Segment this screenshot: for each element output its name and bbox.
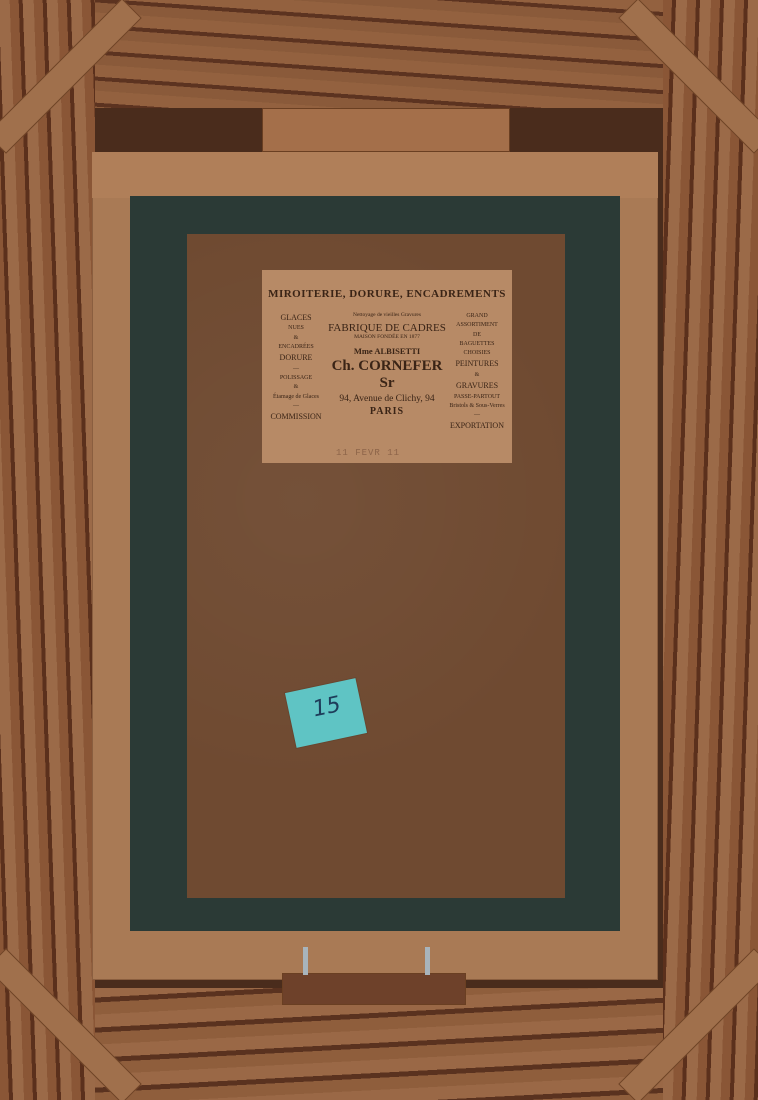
date-stamp: 11 FEVR 11	[336, 448, 400, 458]
label-center-column: Nettoyage de vieilles Gravures FABRIQUE …	[326, 312, 448, 417]
frame-back-photo: MIROITERIE, DORURE, ENCADREMENTS GLACES …	[0, 0, 758, 1100]
label-right-column: GRAND ASSORTIMENT DE BAGUETTES CHOISIES …	[446, 312, 508, 433]
label-left-column: GLACES NUES & ENCADRÉES DORURE — POLISSA…	[266, 312, 326, 424]
bottom-wood-batten	[282, 973, 466, 1005]
top-wood-batten	[262, 108, 510, 152]
cardboard-top-strip	[92, 152, 658, 198]
frame-left-rail	[0, 0, 95, 1100]
framer-label: MIROITERIE, DORURE, ENCADREMENTS GLACES …	[262, 270, 512, 463]
sticker-number: 15	[311, 692, 344, 722]
frame-right-rail	[663, 0, 758, 1100]
metal-clip-right	[425, 947, 430, 975]
label-title: MIROITERIE, DORURE, ENCADREMENTS	[262, 288, 512, 300]
metal-clip-left	[303, 947, 308, 975]
